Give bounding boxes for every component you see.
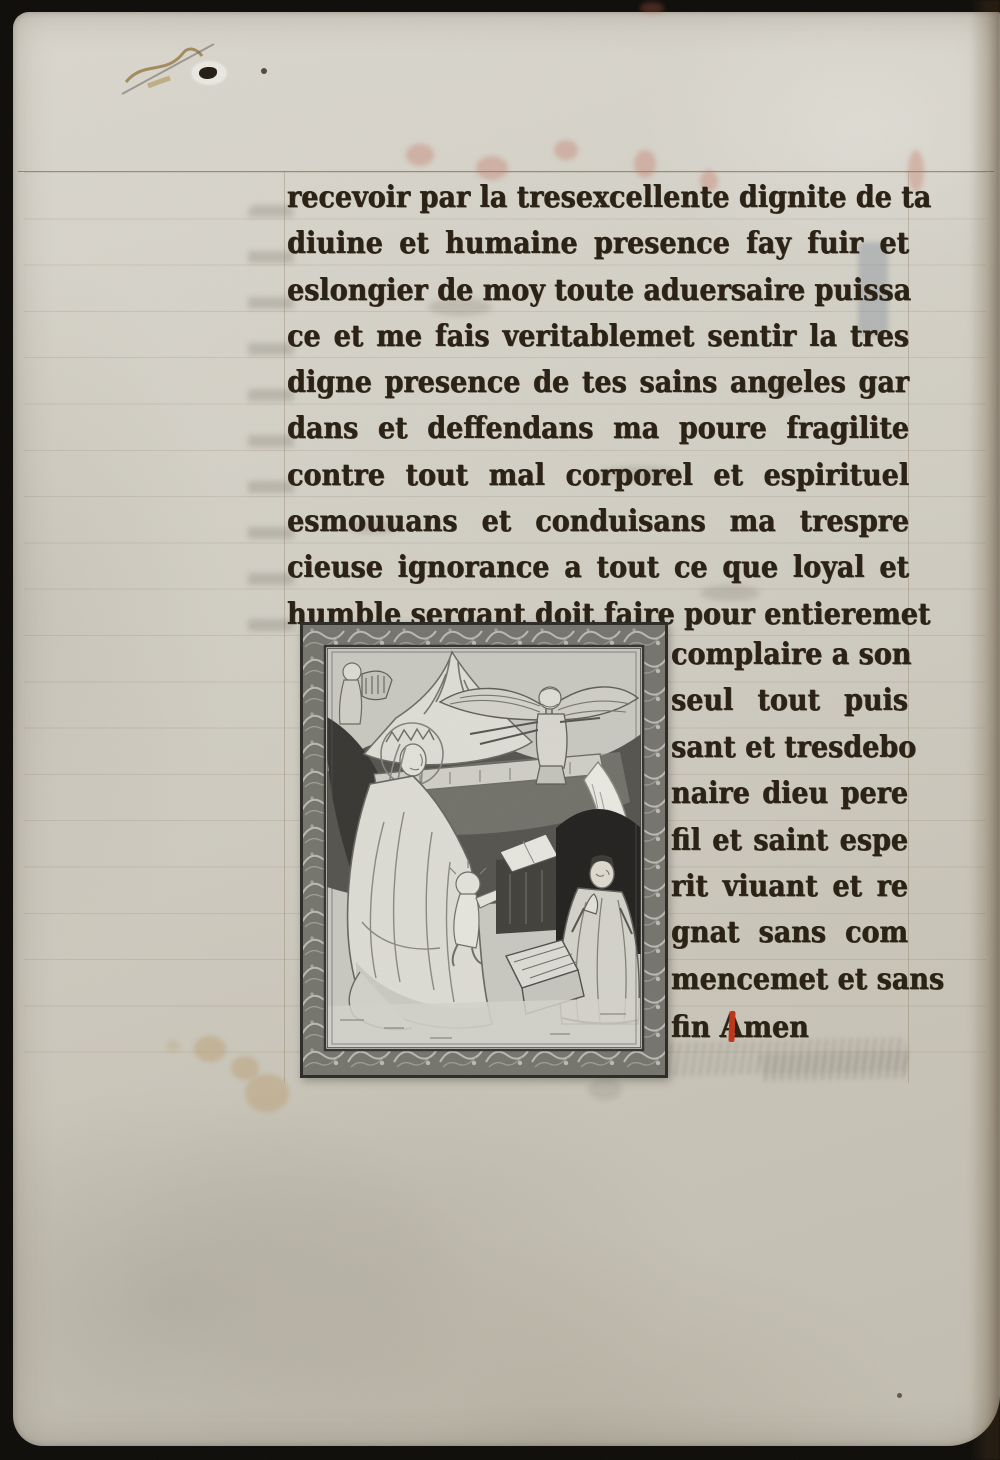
text-block-main: recevoir par la tresexcellente dignite d…: [287, 175, 909, 638]
text-line: complaire a son: [671, 632, 908, 678]
text-line: gnat sans com: [671, 910, 908, 956]
manuscript-photograph: recevoir par la tresexcellente dignite d…: [0, 0, 1000, 1460]
column-lines: complaire a sonseul tout puissant et tre…: [671, 632, 908, 1003]
text-block-column: complaire a sonseul tout puissant et tre…: [671, 632, 908, 1050]
miniature-virgin-and-child-with-donor-image: [300, 622, 668, 1078]
amen-initial-rubricated: A: [720, 1003, 744, 1049]
closing-rest: men: [743, 1010, 808, 1045]
text-line: dans et deffendans ma poure fragilite: [287, 406, 909, 452]
ruling-top-line: [18, 171, 994, 172]
text-line: ce et me fais veritablemet sentir la tre…: [287, 314, 909, 360]
ruling-left-margin: [284, 171, 285, 1083]
text-line: naire dieu pere: [671, 771, 908, 817]
text-line: fil et saint espe: [671, 818, 908, 864]
closing-line: fin Amen: [671, 1003, 908, 1049]
text-line: seul tout puis: [671, 678, 908, 724]
text-line: diuine et humaine presence fay fuir et: [287, 221, 909, 267]
text-line: recevoir par la tresexcellente dignite d…: [287, 175, 909, 221]
text-line: cieuse ignorance a tout ce que loyal et: [287, 545, 909, 591]
text-line: digne presence de tes sains angeles gar: [287, 360, 909, 406]
text-line: rit viuant et re: [671, 864, 908, 910]
text-line: sant et tresdebo: [671, 725, 908, 771]
text-line: mencemet et sans: [671, 957, 908, 1003]
text-line: esmouuans et conduisans ma trespre: [287, 499, 909, 545]
text-line: contre tout mal corporel et espirituel: [287, 453, 909, 499]
closing-prefix: fin: [671, 1010, 720, 1045]
text-line: eslongier de moy toute aduersaire puissa: [287, 268, 909, 314]
